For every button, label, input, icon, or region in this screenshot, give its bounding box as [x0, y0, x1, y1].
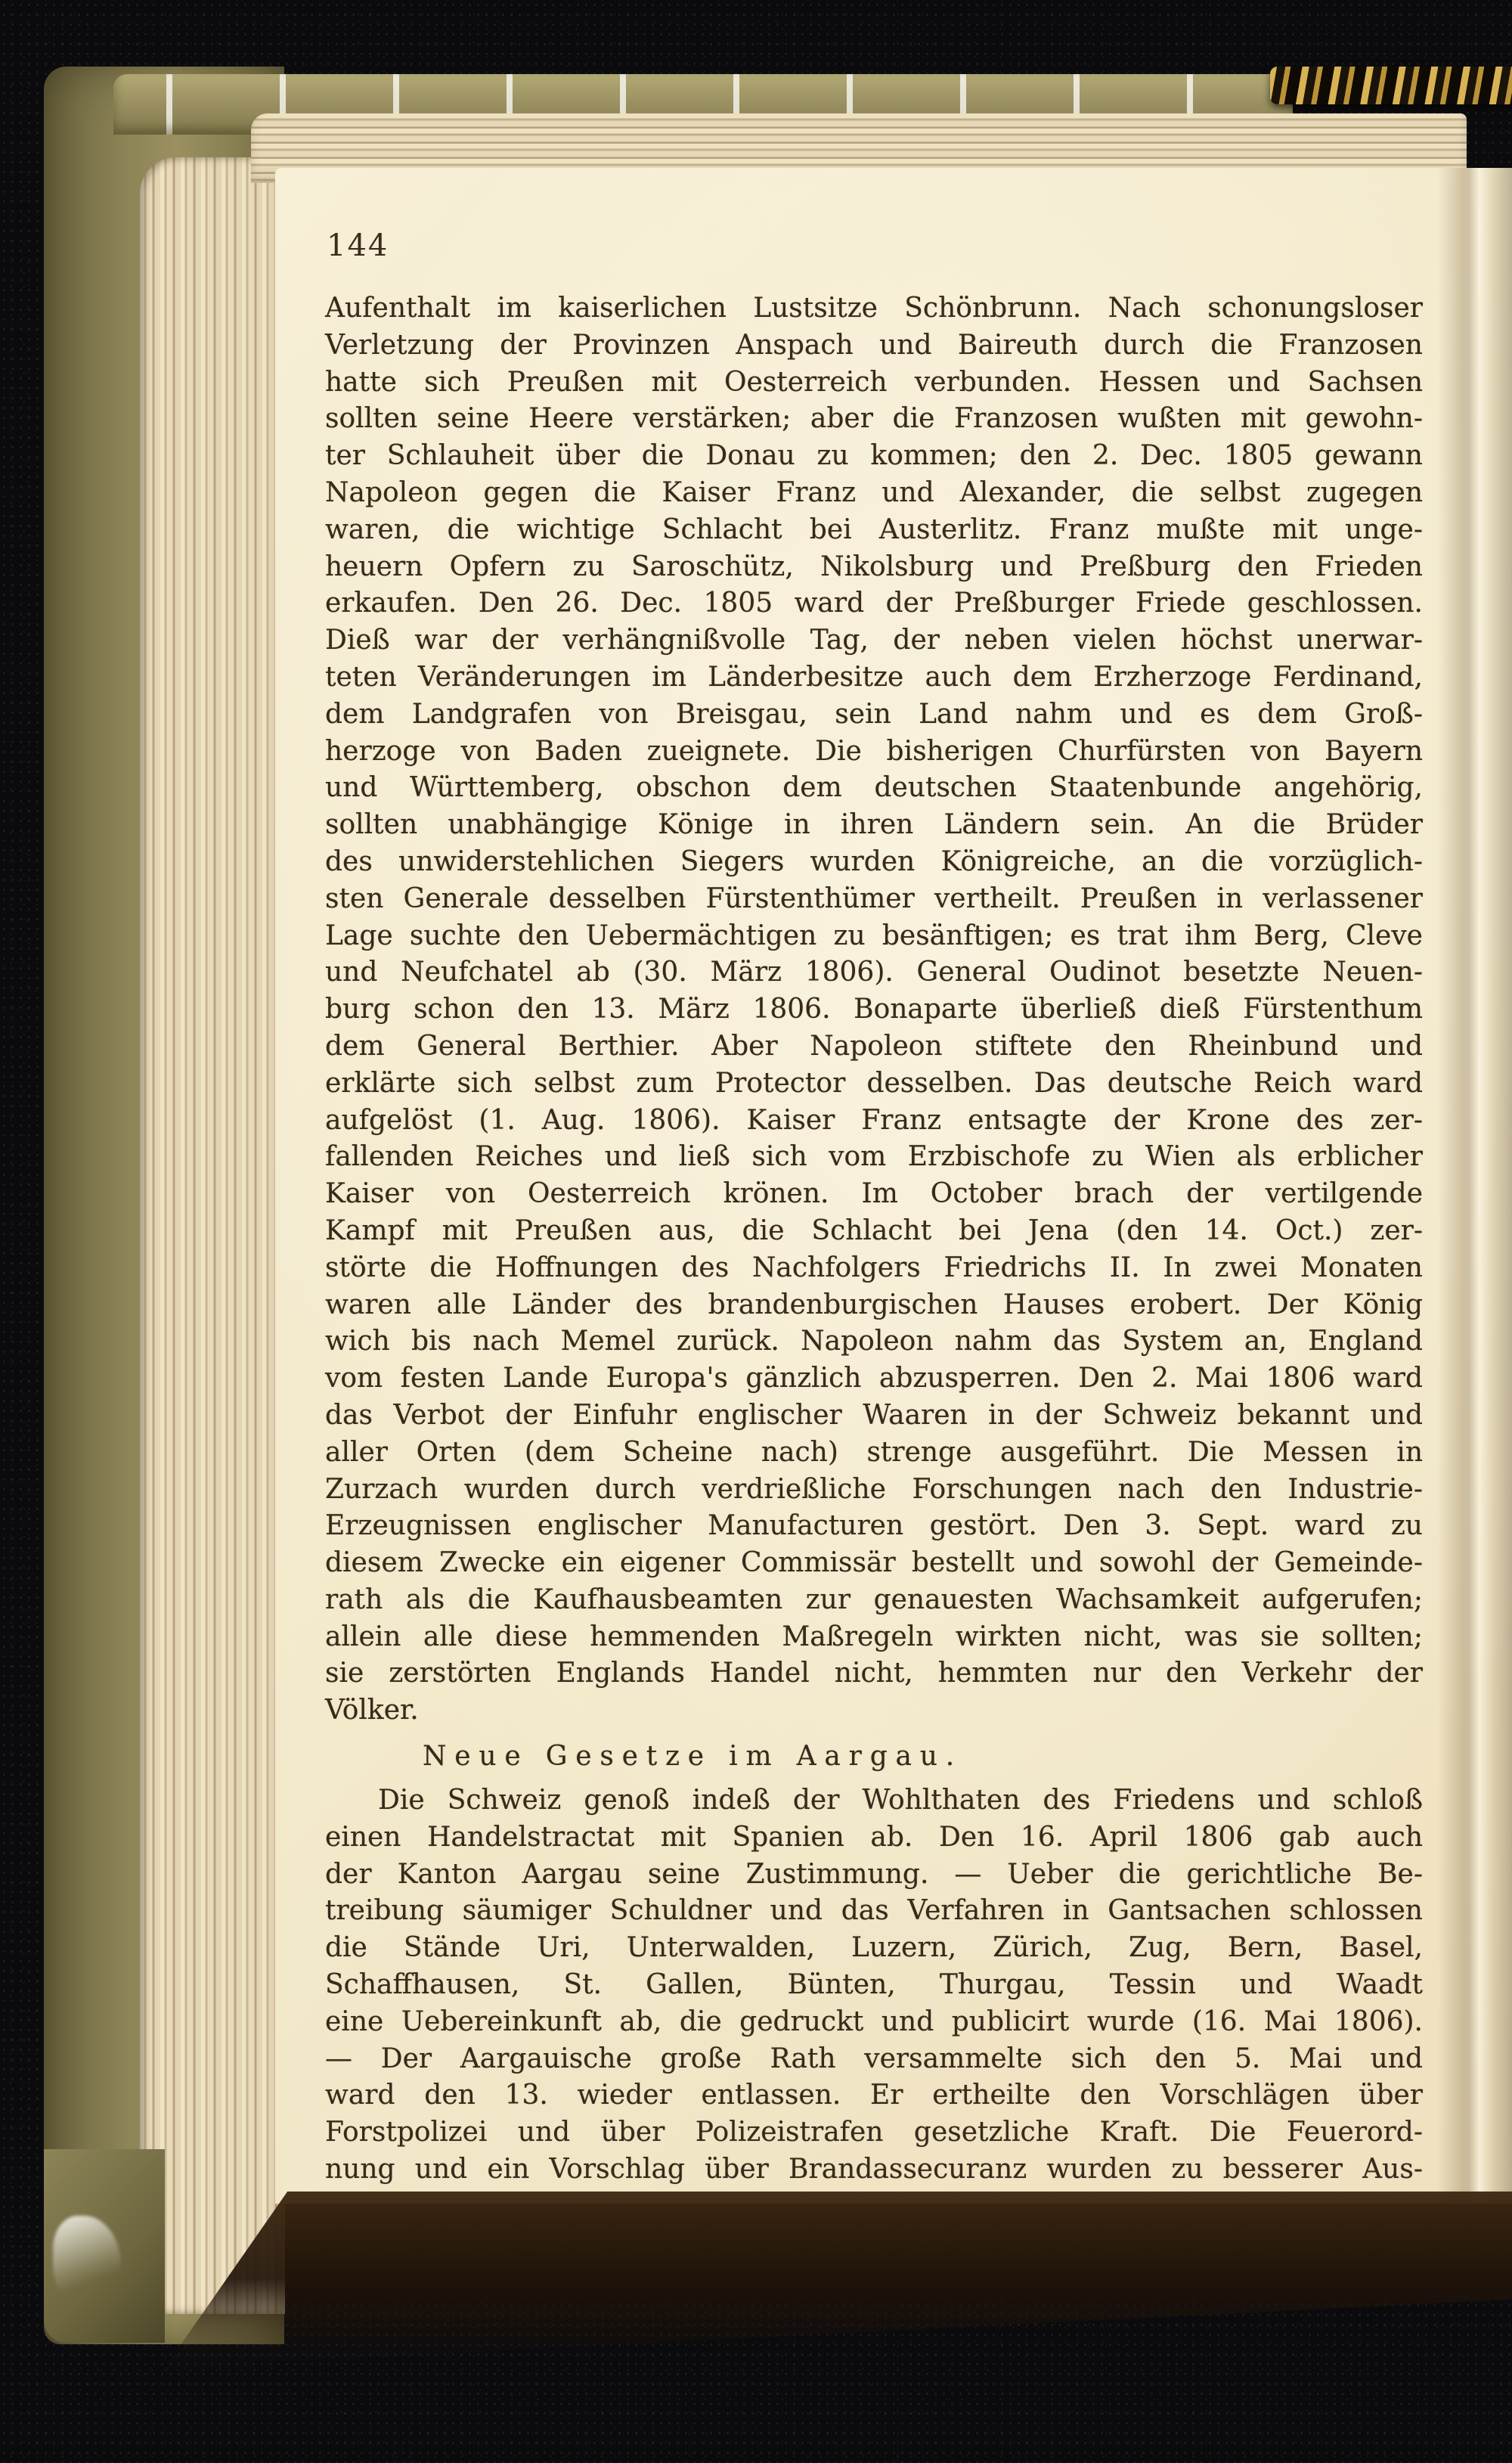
text-line: Lage suchte den Uebermächtigen zu besänf… [325, 918, 1423, 955]
text-line: rath als die Kaufhausbeamten zur genaues… [325, 1582, 1423, 1619]
text-line: erklärte sich selbst zum Protector desse… [325, 1066, 1423, 1103]
text-line: burg schon den 13. März 1806. Bonaparte … [325, 991, 1423, 1028]
text-line: herzoge von Baden zueignete. Die bisheri… [325, 734, 1423, 771]
page-bottom-shadow [166, 2192, 1512, 2365]
text-line: eine Uebereinkunft ab, die gedruckt und … [325, 2004, 1423, 2041]
body-paragraph-2: Die Schweiz genoß indeß der Wohlthaten d… [325, 1782, 1423, 2188]
text-line: Völker. [325, 1692, 1423, 1729]
text-line: der Kanton Aargau seine Zustimmung. — Ue… [325, 1857, 1423, 1894]
text-line: waren alle Länder des brandenburgischen … [325, 1287, 1423, 1324]
text-line: Dieß war der verhängnißvolle Tag, der ne… [325, 622, 1423, 659]
text-line: störte die Hoffnungen des Nachfolgers Fr… [325, 1250, 1423, 1287]
text-line: Verletzung der Provinzen Anspach und Bai… [325, 327, 1423, 364]
section-heading: Neue Gesetze im Aargau. [325, 1737, 1423, 1776]
text-line: treibung säumiger Schuldner und das Verf… [325, 1893, 1423, 1930]
text-line: Die Schweiz genoß indeß der Wohlthaten d… [325, 1782, 1423, 1819]
text-line: sten Generale desselben Fürstenthümer ve… [325, 881, 1423, 918]
text-line: Aufenthalt im kaiserlichen Lustsitze Sch… [325, 290, 1423, 327]
text-line: und Württemberg, obschon dem deutschen S… [325, 770, 1423, 807]
text-line: die Stände Uri, Unterwalden, Luzern, Zür… [325, 1930, 1423, 1967]
text-line: dem Landgrafen von Breisgau, sein Land n… [325, 696, 1423, 734]
text-line: waren, die wichtige Schlacht bei Austerl… [325, 512, 1423, 549]
text-line: diesem Zwecke ein eigener Commissär best… [325, 1545, 1423, 1582]
text-line: Forstpolizei und über Polizeistrafen ges… [325, 2114, 1423, 2151]
text-line: aller Orten (dem Scheine nach) strenge a… [325, 1435, 1423, 1472]
page-number: 144 [327, 228, 389, 263]
text-line: Napoleon gegen die Kaiser Franz und Alex… [325, 475, 1423, 512]
text-line: wich bis nach Memel zurück. Napoleon nah… [325, 1323, 1423, 1360]
text-line: vom festen Lande Europa's gänzlich abzus… [325, 1360, 1423, 1397]
text-line: Kaiser von Oesterreich krönen. Im Octobe… [325, 1176, 1423, 1213]
text-line: sollten seine Heere verstärken; aber die… [325, 401, 1423, 438]
text-line: heuern Opfern zu Saroschütz, Nikolsburg … [325, 549, 1423, 586]
photo-backdrop: 144 Aufenthalt im kaiserlichen Lustsitze… [0, 0, 1512, 2463]
text-line: Kampf mit Preußen aus, die Schlacht bei … [325, 1213, 1423, 1250]
text-line: erkaufen. Den 26. Dec. 1805 ward der Pre… [325, 585, 1423, 622]
text-line: Schaffhausen, St. Gallen, Bünten, Thurga… [325, 1967, 1423, 2004]
gold-headband [1270, 67, 1512, 104]
text-line: und Neufchatel ab (30. März 1806). Gener… [325, 954, 1423, 991]
text-line: ward den 13. wieder entlassen. Er erthei… [325, 2077, 1423, 2114]
page-gutter-crease [1438, 168, 1512, 2204]
text-line: des unwiderstehlichen Siegers wurden Kön… [325, 844, 1423, 881]
text-line: hatte sich Preußen mit Oesterreich verbu… [325, 364, 1423, 402]
text-line: sie zerstörten Englands Handel nicht, he… [325, 1655, 1423, 1692]
text-line: aufgelöst (1. Aug. 1806). Kaiser Franz e… [325, 1103, 1423, 1140]
text-line: ter Schlauheit über die Donau zu kommen;… [325, 438, 1423, 475]
page-edges-left [140, 157, 285, 2314]
text-line: einen Handelstractat mit Spanien ab. Den… [325, 1819, 1423, 1857]
text-line: Zurzach wurden durch verdrießliche Forsc… [325, 1472, 1423, 1509]
page-text-column: Aufenthalt im kaiserlichen Lustsitze Sch… [325, 290, 1423, 2188]
text-line: teten Veränderungen im Länderbesitze auc… [325, 659, 1423, 696]
text-line: fallenden Reiches und ließ sich vom Erzb… [325, 1139, 1423, 1176]
text-line: dem General Berthier. Aber Napoleon stif… [325, 1028, 1423, 1066]
text-line: nung und ein Vorschlag über Brandassecur… [325, 2151, 1423, 2188]
body-paragraph-1: Aufenthalt im kaiserlichen Lustsitze Sch… [325, 290, 1423, 1729]
text-line: das Verbot der Einfuhr englischer Waaren… [325, 1397, 1423, 1435]
text-line: — Der Aargauische große Rath versammelte… [325, 2041, 1423, 2078]
text-line: Erzeugnissen englischer Manufacturen ges… [325, 1508, 1423, 1545]
text-line: allein alle diese hemmenden Maßregeln wi… [325, 1619, 1423, 1656]
text-line: sollten unabhängige Könige in ihren Länd… [325, 807, 1423, 844]
